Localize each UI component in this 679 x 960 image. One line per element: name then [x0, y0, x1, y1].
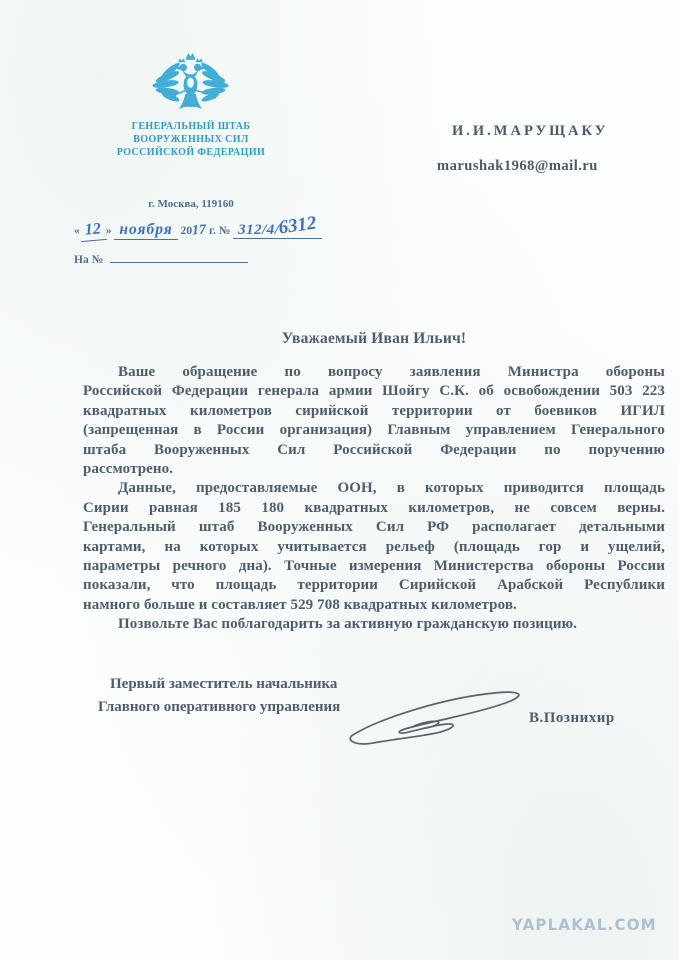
body-line: Позвольте Вас поблагодарить за активную …: [83, 615, 665, 634]
handwritten-day: 12: [79, 220, 107, 242]
handwritten-year: 17: [192, 223, 207, 240]
body-line: (запрещенная в России организация) Главн…: [83, 421, 665, 440]
blank-underline: [110, 250, 248, 263]
letterhead-org-name: ГЕНЕРАЛЬНЫЙ ШТАБ ВООРУЖЕННЫХ СИЛ РОССИЙС…: [104, 121, 278, 160]
salutation: Уважаемый Иван Ильич!: [83, 330, 665, 348]
quote-close: »: [106, 225, 112, 237]
letter-body: Ваше обращение по вопросу заявления Мини…: [83, 363, 665, 635]
body-line: показали, что площадь территории Сирийск…: [83, 576, 665, 595]
body-line: Сирии равная 185 180 квадратных километр…: [83, 499, 665, 518]
handwritten-number-part: 312/4/: [238, 222, 279, 238]
body-line: картами, на которых учитывается рельеф (…: [83, 538, 665, 557]
body-line: Генеральный штаб Вооруженных Сил РФ расп…: [83, 518, 665, 537]
body-line: квадратных километров сирийской территор…: [83, 402, 665, 421]
outgoing-number: 312/4/6312: [233, 225, 322, 239]
signer-title: Первый заместитель начальника Главного о…: [83, 673, 340, 719]
body-line: параметры речного дна). Точные измерения…: [83, 557, 665, 576]
body-line: Данные, предоставляемые ООН, в которых п…: [83, 479, 665, 498]
reference-date-line: «12» ноября 2017 г. № 312/4/6312: [74, 218, 374, 241]
body-line: рассмотрено.: [83, 460, 665, 479]
signer-title-line: Главного оперативного управления: [83, 696, 340, 719]
body-line: Российской Федерации генерала армии Шойг…: [83, 382, 665, 401]
org-line: ВООРУЖЕННЫХ СИЛ: [104, 134, 278, 147]
scanned-letter-page: ГЕНЕРАЛЬНЫЙ ШТАБ ВООРУЖЕННЫХ СИЛ РОССИЙС…: [0, 0, 679, 960]
recipient-email: marushak1968@mail.ru: [437, 158, 598, 175]
body-line: штаба Вооруженных Сил Российской Федерац…: [83, 441, 665, 460]
recipient-name: И.И.МАРУЩАКУ: [452, 123, 608, 140]
body-line: Ваше обращение по вопросу заявления Мини…: [83, 363, 665, 382]
year-prefix: 20: [181, 225, 193, 237]
left-wing: [152, 61, 181, 103]
org-line: ГЕНЕРАЛЬНЫЙ ШТАБ: [104, 121, 278, 134]
signer-name: В.Познихир: [529, 710, 615, 727]
body-line: намного больше и составляет 529 708 квад…: [83, 596, 665, 615]
signer-title-line: Первый заместитель начальника: [83, 673, 340, 696]
year-suffix: г. №: [209, 225, 230, 237]
handwritten-month: ноября: [114, 221, 177, 240]
reply-label: На №: [74, 254, 103, 266]
site-watermark: YAPLAKAL.COM: [512, 916, 657, 935]
handwritten-signature-icon: [345, 685, 527, 749]
org-line: РОССИЙСКОЙ ФЕДЕРАЦИИ: [104, 147, 278, 160]
russia-coat-of-arms-icon: [151, 49, 230, 119]
letterhead-city: г. Москва, 119160: [104, 198, 278, 210]
reply-reference-line: На №: [74, 250, 248, 266]
handwritten-number-part: 6312: [278, 212, 319, 239]
